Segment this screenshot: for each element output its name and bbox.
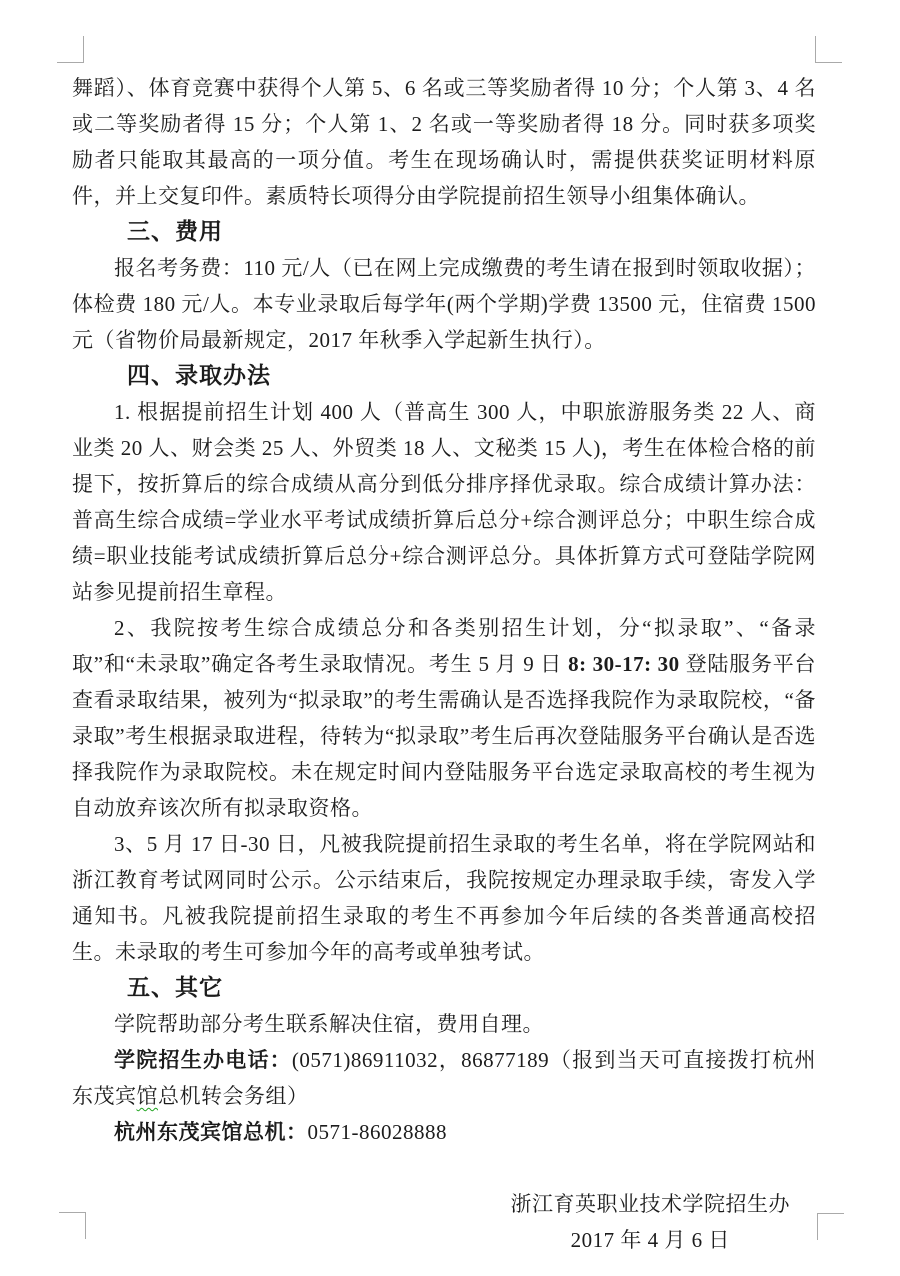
section-heading-fees: 三、费用	[72, 214, 816, 250]
paragraph-fees: 报名考务费：110 元/人（已在网上完成缴费的考生请在报到时领取收据）；体检费 …	[72, 250, 816, 358]
paragraph-admission-result: 2、我院按考生综合成绩总分和各类别招生计划，分“拟录取”、“备录取”和“未录取”…	[72, 610, 816, 826]
section-heading-admission-method: 四、录取办法	[72, 358, 816, 394]
paragraph-admission-office-phone: 学院招生办电话：(0571)86911032，86877189（报到当天可直接拨…	[72, 1042, 816, 1114]
phone-note-text-end: 总机转会务组）	[158, 1084, 309, 1108]
text-boundary-mark-bottom-right	[817, 1213, 844, 1240]
signature-date: 2017 年 4 月 6 日	[511, 1222, 791, 1258]
signature-block: 浙江育英职业技术学院招生办 2017 年 4 月 6 日	[511, 1186, 791, 1258]
signature-organization: 浙江育英职业技术学院招生办	[511, 1186, 791, 1222]
spellcheck-marked-character: 馆	[137, 1084, 159, 1108]
document-content: 舞蹈）、体育竞赛中获得个人第 5、6 名或三等奖励者得 10 分；个人第 3、4…	[72, 70, 816, 1258]
admission-login-time-range: 8: 30-17: 30	[568, 652, 680, 676]
text-boundary-mark-top-right	[815, 36, 842, 63]
admission-office-phone-label: 学院招生办电话：	[114, 1048, 292, 1072]
text-boundary-mark-top-left	[57, 36, 84, 63]
admission-result-text-after: 登陆服务平台查看录取结果，被列为“拟录取”的考生需确认是否选择我院作为录取院校，…	[72, 652, 816, 820]
document-page: 舞蹈）、体育竞赛中获得个人第 5、6 名或三等奖励者得 10 分；个人第 3、4…	[0, 0, 900, 1276]
paragraph-admission-plan: 1. 根据提前招生计划 400 人（普高生 300 人，中职旅游服务类 22 人…	[72, 394, 816, 610]
hotel-phone-number: 0571-86028888	[308, 1120, 448, 1144]
paragraph-award-points: 舞蹈）、体育竞赛中获得个人第 5、6 名或三等奖励者得 10 分；个人第 3、4…	[72, 70, 816, 214]
section-heading-other: 五、其它	[72, 970, 816, 1006]
hotel-phone-label: 杭州东茂宾馆总机：	[114, 1120, 308, 1144]
paragraph-admission-publicity: 3、5 月 17 日-30 日，凡被我院提前招生录取的考生名单，将在学院网站和浙…	[72, 826, 816, 970]
paragraph-hotel-phone: 杭州东茂宾馆总机：0571-86028888	[72, 1114, 816, 1150]
admission-office-phone-numbers: (0571)86911032，86877189	[292, 1048, 549, 1072]
paragraph-housing: 学院帮助部分考生联系解决住宿，费用自理。	[72, 1006, 816, 1042]
